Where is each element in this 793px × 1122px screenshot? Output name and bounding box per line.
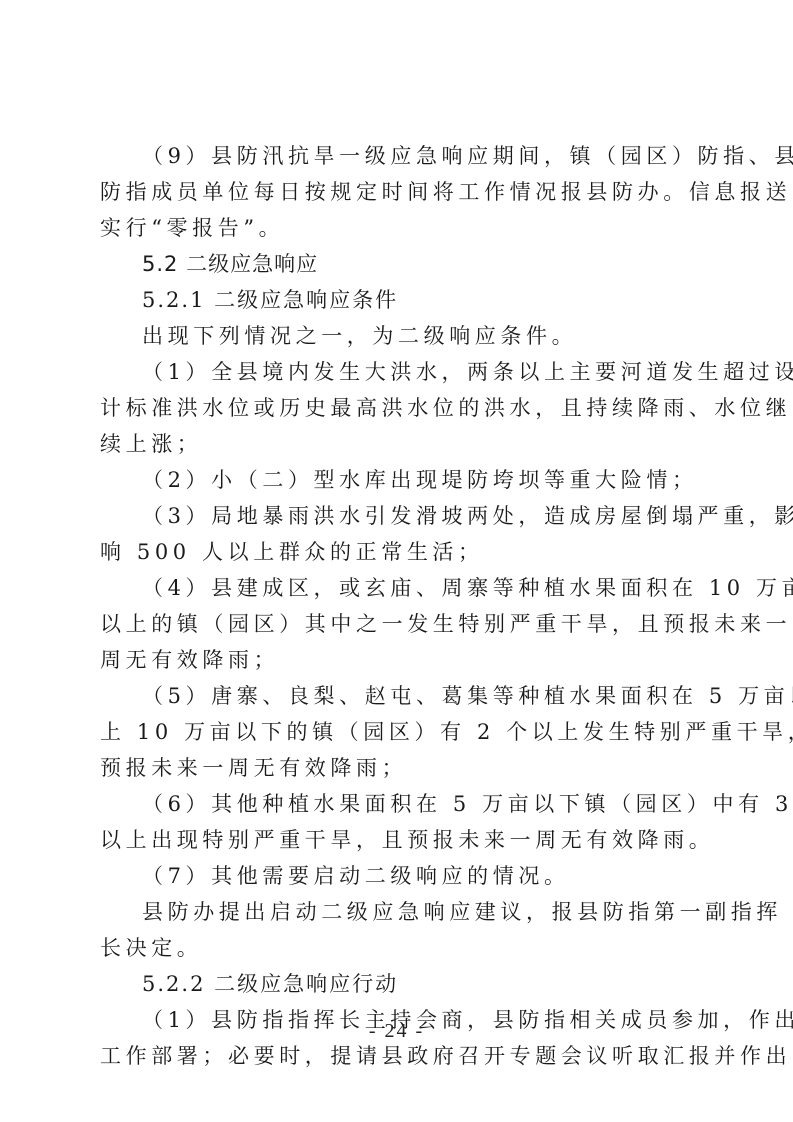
list-item-5-line: 上 10 万亩以下的镇（园区）有 2 个以上发生特别严重干旱，且 [100, 714, 698, 750]
paragraph-line: 长决定。 [100, 930, 698, 966]
list-item-4-line: 周无有效降雨； [100, 642, 698, 678]
paragraph-line: 县防办提出启动二级应急响应建议，报县防指第一副指挥 [100, 894, 698, 930]
list-item-7-line: （7）其他需要启动二级响应的情况。 [100, 858, 698, 894]
list-item-1-line: 工作部署；必要时，提请县政府召开专题会议听取汇报并作出 [100, 1038, 698, 1074]
paragraph-line: 实行“零报告”。 [100, 210, 698, 246]
list-item-1-line: 计标准洪水位或历史最高洪水位的洪水，且持续降雨、水位继 [100, 390, 698, 426]
paragraph-line: （9）县防汛抗旱一级应急响应期间，镇（园区）防指、县 [100, 138, 698, 174]
paragraph-line: 出现下列情况之一，为二级响应条件。 [100, 318, 698, 354]
list-item-5-line: （5）唐寨、良梨、赵屯、葛集等种植水果面积在 5 万亩以 [100, 678, 698, 714]
list-item-3-line: （3）局地暴雨洪水引发滑坡两处，造成房屋倒塌严重，影 [100, 498, 698, 534]
list-item-1-line: 续上涨； [100, 426, 698, 462]
list-item-4-line: （4）县建成区，或玄庙、周寨等种植水果面积在 10 万亩 [100, 570, 698, 606]
list-item-1-line: （1）全县境内发生大洪水，两条以上主要河道发生超过设 [100, 354, 698, 390]
section-heading-5-2: 5.2 二级应急响应 [100, 246, 698, 282]
document-page-body: （9）县防汛抗旱一级应急响应期间，镇（园区）防指、县 防指成员单位每日按规定时间… [100, 138, 698, 1074]
paragraph-line: 防指成员单位每日按规定时间将工作情况报县防办。信息报送 [100, 174, 698, 210]
list-item-6-line: 以上出现特别严重干旱，且预报未来一周无有效降雨。 [100, 822, 698, 858]
subsection-heading-5-2-2: 5.2.2 二级应急响应行动 [100, 966, 698, 1002]
subsection-heading-5-2-1: 5.2.1 二级应急响应条件 [100, 282, 698, 318]
page-number: - 24 - [0, 1020, 793, 1043]
list-item-3-line: 响 500 人以上群众的正常生活； [100, 534, 698, 570]
list-item-5-line: 预报未来一周无有效降雨； [100, 750, 698, 786]
list-item-4-line: 以上的镇（园区）其中之一发生特别严重干旱，且预报未来一 [100, 606, 698, 642]
list-item-6-line: （6）其他种植水果面积在 5 万亩以下镇（园区）中有 3 个 [100, 786, 698, 822]
list-item-2-line: （2）小（二）型水库出现堤防垮坝等重大险情； [100, 462, 698, 498]
